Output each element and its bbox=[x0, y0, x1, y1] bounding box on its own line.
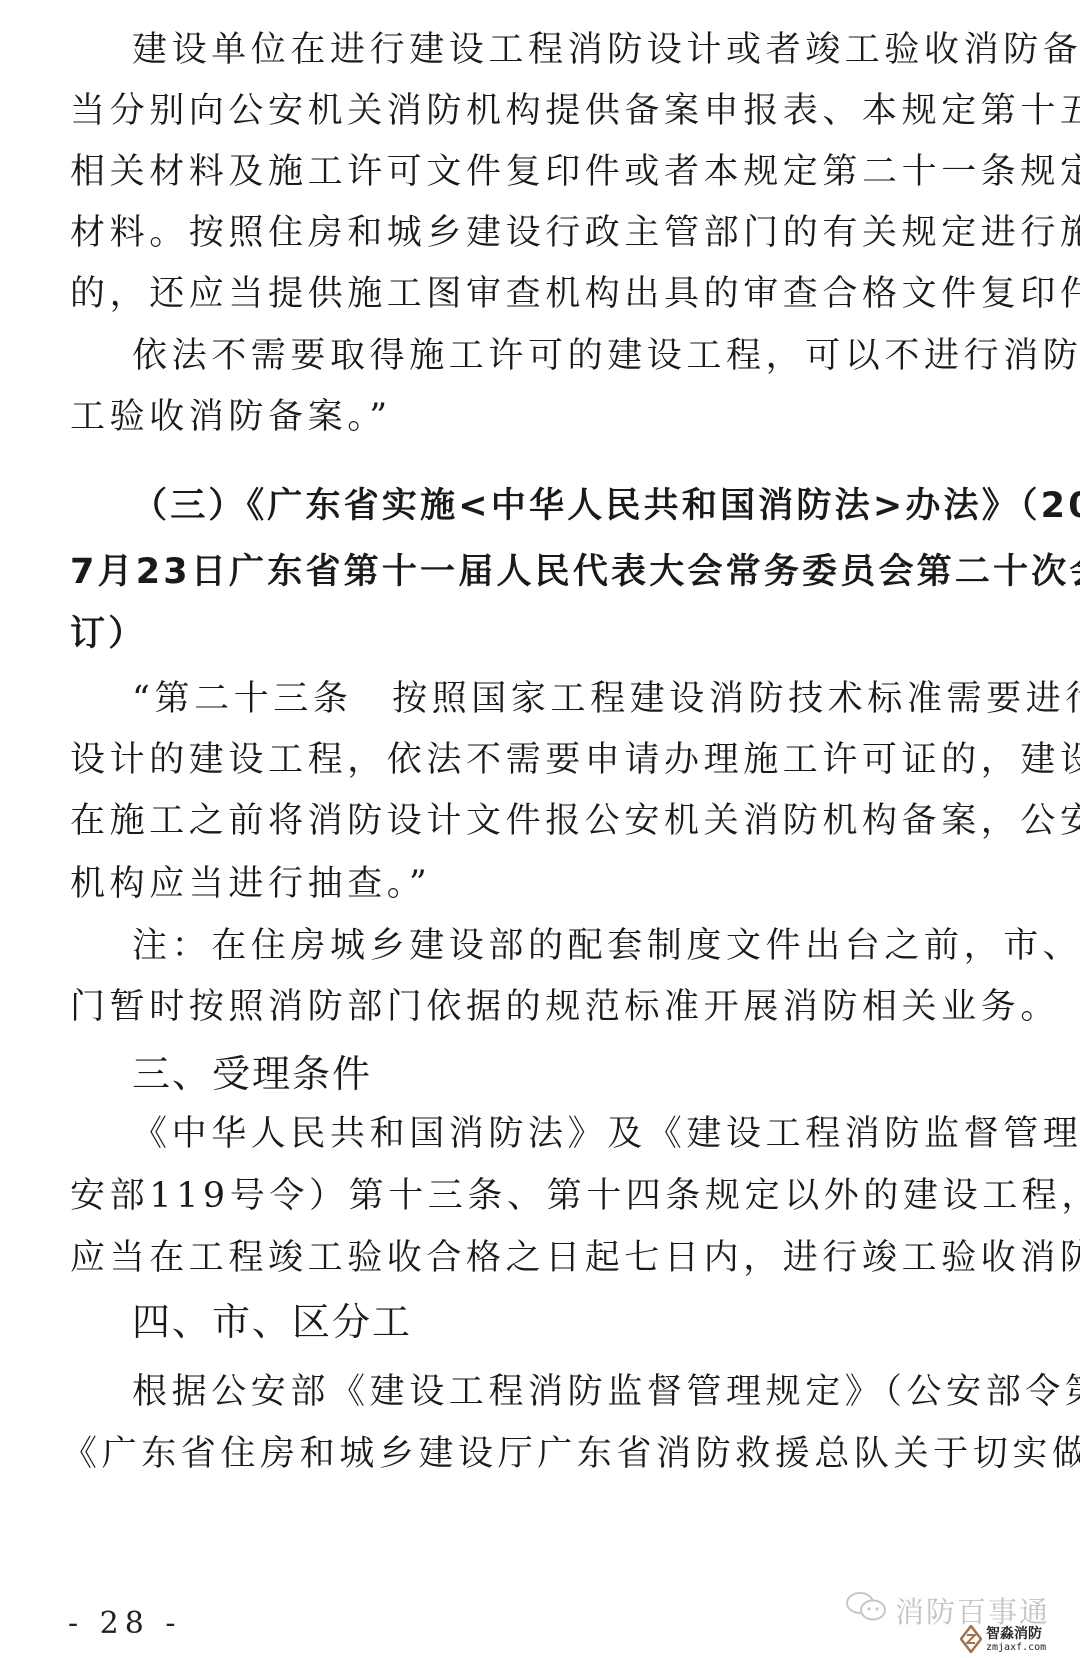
section-heading: 四、市、区分工 bbox=[132, 1300, 1010, 1344]
section-subtitle: （三）《广东省实施<中华人民共和国消防法>办法》（2010年 bbox=[132, 484, 1010, 528]
section-heading: 三、受理条件 bbox=[132, 1052, 1010, 1096]
section-subtitle: 7月23日广东省第十一届人民代表大会常务委员会第二十次会议修 bbox=[70, 550, 1010, 594]
paragraph-line: 安部119号令）第十三条、第十四条规定以外的建设工程，建设单位 bbox=[70, 1174, 1010, 1218]
paragraph-line: 建设单位在进行建设工程消防设计或者竣工验收消防备案时，应 bbox=[132, 28, 1010, 72]
zmjaxf-logo-icon bbox=[960, 1625, 982, 1657]
quote-line: 设计的建设工程，依法不需要申请办理施工许可证的，建设单位应当 bbox=[70, 738, 1010, 782]
note-line: 门暂时按照消防部门依据的规范标准开展消防相关业务。 bbox=[70, 985, 1010, 1029]
paragraph-line: 应当在工程竣工验收合格之日起七日内，进行竣工验收消防备案。 bbox=[70, 1236, 1010, 1280]
paragraph-line: 当分别向公安机关消防机构提供备案申报表、本规定第十五条规定的 bbox=[70, 89, 1010, 133]
wechat-icon bbox=[845, 1590, 889, 1631]
paragraph-line: 材料。按照住房和城乡建设行政主管部门的有关规定进行施工图审查 bbox=[70, 211, 1010, 255]
watermark-logo-name: 智淼消防 bbox=[986, 1627, 1046, 1641]
quote-line: “第二十三条 按照国家工程建设消防技术标准需要进行消防 bbox=[132, 677, 1010, 721]
paragraph-line: 《中华人民共和国消防法》及《建设工程消防监督管理规定》（公 bbox=[132, 1112, 1010, 1156]
quote-line: 在施工之前将消防设计文件报公安机关消防机构备案，公安机关消防 bbox=[70, 799, 1010, 843]
paragraph-line: 根据公安部《建设工程消防监督管理规定》（公安部令第119号）、 bbox=[132, 1370, 1010, 1414]
watermark-logo: 智淼消防 zmjaxf.com bbox=[960, 1625, 1046, 1657]
paragraph-line: 工验收消防备案。” bbox=[70, 395, 1010, 439]
page-number: - 28 - bbox=[68, 1606, 182, 1641]
paragraph-line: 依法不需要取得施工许可的建设工程，可以不进行消防设计、竣 bbox=[132, 334, 1010, 378]
paragraph-line: 相关材料及施工许可文件复印件或者本规定第二十一条规定的相关 bbox=[70, 150, 1010, 194]
watermark-logo-url: zmjaxf.com bbox=[986, 1641, 1046, 1655]
note-line: 注：在住房城乡建设部的配套制度文件出台之前，市、区住建部 bbox=[132, 924, 1010, 968]
section-subtitle: 订） bbox=[70, 612, 1010, 656]
quote-line: 机构应当进行抽查。” bbox=[70, 862, 1010, 906]
paragraph-line: 《广东省住房和城乡建设厅广东省消防救援总队关于切实做好移交 bbox=[62, 1432, 1002, 1476]
paragraph-line: 的，还应当提供施工图审查机构出具的审查合格文件复印件。 bbox=[70, 272, 1010, 316]
